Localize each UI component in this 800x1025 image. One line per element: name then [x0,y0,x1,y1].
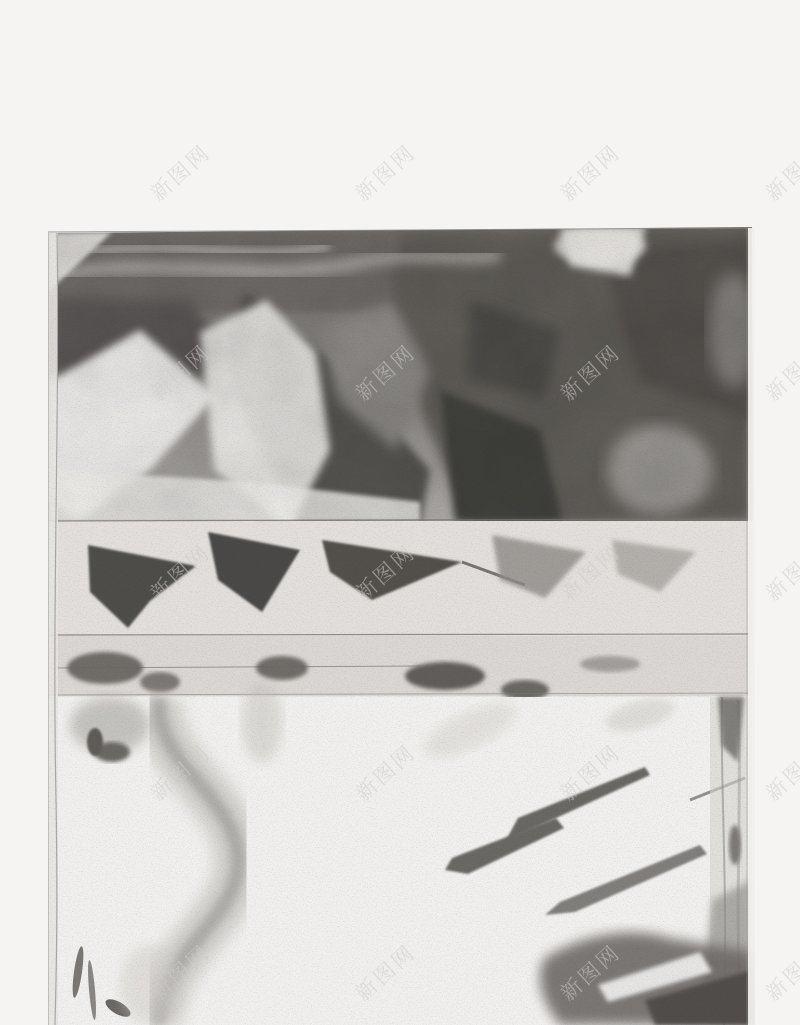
foil-photo [48,226,757,1025]
page: 新图网新图网新图网新图网新图网新图网新图网新图网新图网新图网新图网新图网新图网新… [0,0,800,1025]
foil-texture-image [0,0,800,1025]
